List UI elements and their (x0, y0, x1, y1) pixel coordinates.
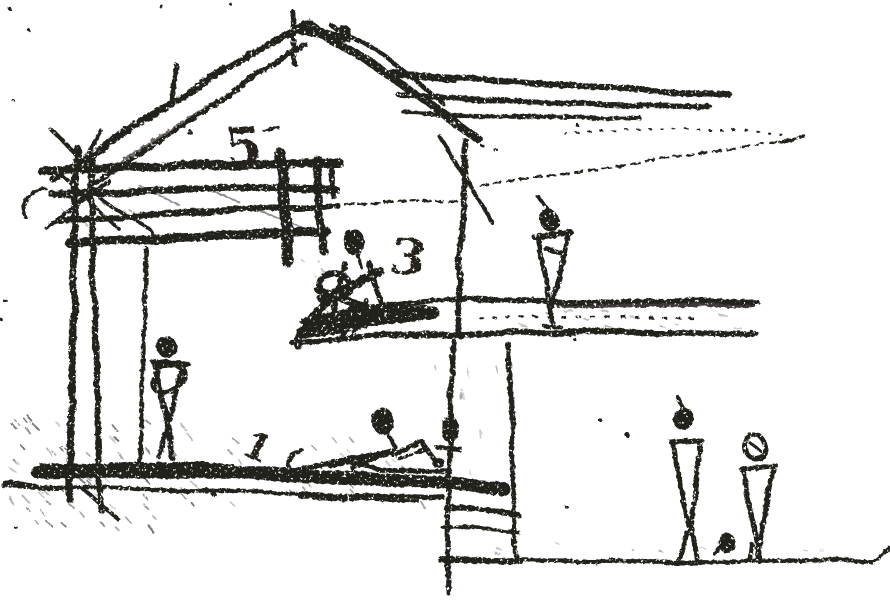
shoulders (532, 233, 569, 237)
paper-speckle (548, 313, 554, 314)
shoulders (671, 441, 703, 444)
paper-speckle (9, 468, 15, 473)
paper-speckle (469, 470, 470, 475)
paper-speckle (35, 521, 38, 525)
neck (389, 435, 394, 445)
paper-speckle (22, 496, 28, 502)
second-post (140, 248, 146, 468)
paper-speckle (15, 421, 19, 426)
paper-speckle (80, 476, 86, 483)
paper-speckle (153, 516, 156, 519)
body-left-edge (673, 447, 689, 532)
paper-speckle (12, 425, 16, 431)
paper-speckle (47, 449, 51, 455)
leg-b (750, 544, 752, 560)
head (440, 416, 458, 442)
beam-bracket-joint-b (316, 160, 322, 252)
canopy-lower-edge (479, 139, 798, 184)
beam-bracket-tick (330, 163, 333, 196)
paper-speckle (46, 521, 52, 527)
paper-speckle (124, 517, 130, 523)
paper-speckle (403, 465, 405, 468)
paper-speckle (555, 544, 557, 545)
paper-speckle (301, 260, 304, 262)
hair-flick (540, 197, 549, 211)
paper-speckle (46, 501, 50, 504)
lower-ground-thick-left (441, 558, 520, 562)
face-scribble (750, 442, 760, 450)
mezzanine-bottom-edge (294, 333, 756, 343)
paper-speckle (10, 498, 14, 504)
paper-speckle (340, 455, 343, 459)
paper-speckle (603, 311, 607, 312)
paper-speckle (44, 490, 49, 495)
paper-speckle (520, 325, 527, 327)
shoulder-stub (437, 447, 459, 449)
paper-speckle (628, 317, 631, 318)
paper-speckle (29, 417, 33, 421)
sketch-svg: 5 3 1 (0, 0, 890, 600)
reclining-figure-ground-floor (288, 408, 449, 472)
paper-speckle (80, 513, 83, 518)
lounge-edge-a (291, 463, 382, 472)
head (155, 335, 177, 359)
roof-right-slope-inner (331, 24, 443, 104)
paper-speckle (88, 480, 92, 484)
paper-speckle (720, 314, 727, 315)
paper-speckle (61, 448, 64, 451)
paper-speckle (657, 550, 660, 551)
paper-speckle (232, 438, 237, 443)
paper-speckle (34, 424, 39, 430)
paper-speckle (466, 370, 467, 378)
beam-bracket-joint-a (281, 152, 288, 262)
standing-figure-mezzanine (532, 197, 569, 327)
paper-speckle (497, 366, 499, 373)
paper-speckle (99, 522, 103, 525)
paper-speckle (39, 493, 43, 497)
mezzanine-dotted-midline (480, 317, 700, 319)
paper-speckle (30, 422, 33, 425)
neck (359, 256, 362, 267)
shoulders (741, 465, 775, 469)
paper-speckle (26, 507, 29, 510)
chest-scribble (544, 247, 560, 252)
dash-beside-5 (263, 126, 277, 129)
sketch-canvas: 5 3 1 (0, 0, 890, 600)
lower-ground-line (441, 548, 889, 562)
mezzanine-right-shade (560, 304, 752, 307)
body-left-edge (743, 471, 758, 546)
body-right-edge (553, 237, 567, 306)
ridge-mast (291, 12, 295, 64)
paper-speckle (332, 437, 335, 442)
paper-speckle (451, 460, 452, 466)
hat-flick (676, 397, 683, 411)
paper-speckle (321, 271, 323, 273)
paper-speckle (68, 504, 73, 508)
paper-speckle (84, 221, 88, 226)
paper-speckle (393, 458, 396, 461)
foot (433, 458, 445, 468)
canopy-upper-dotted-edge (565, 129, 790, 135)
paper-speckle (312, 446, 317, 450)
standing-figure-ground-floor (152, 335, 187, 466)
paper-speckle (62, 210, 64, 212)
canopy-tip (782, 136, 804, 143)
paper-speckle (114, 168, 117, 170)
paper-speckle (145, 495, 148, 499)
paper-speckle (146, 449, 149, 453)
label-roof-level: 5 (222, 112, 266, 180)
paper-speckle (191, 480, 197, 486)
standing-figure-lower-level (741, 434, 775, 563)
body-right-edge (759, 469, 773, 546)
paper-speckle (512, 361, 513, 368)
paper-speckle (26, 429, 30, 434)
leg-a (757, 546, 760, 563)
paper-speckle (461, 395, 462, 401)
lower-ground-end-tick (872, 548, 889, 562)
paper-speckle (149, 526, 154, 532)
floor-beam-1 (44, 164, 338, 172)
paper-speckle (190, 501, 194, 505)
wall-step-line-2 (444, 528, 520, 533)
roof-eaves-lines (389, 72, 804, 184)
paper-speckle (462, 392, 463, 399)
head (674, 409, 694, 431)
paper-speckle (40, 509, 44, 514)
paper-speckle (447, 429, 448, 436)
paper-speckle (351, 488, 353, 492)
post-top-brace-a (52, 130, 88, 168)
head (343, 229, 365, 255)
paper-speckle (675, 324, 678, 325)
paper-speckle (348, 437, 352, 442)
paper-speckle (144, 504, 148, 508)
paper-speckle (12, 459, 16, 463)
lounge-edge-b (380, 469, 449, 472)
paper-speckle (181, 492, 185, 498)
paper-speckle (180, 425, 186, 431)
walking-figure-lower-level (671, 397, 703, 558)
paper-speckle (547, 327, 550, 328)
leg-right (691, 530, 697, 558)
paper-speckle (106, 476, 111, 481)
eaves-line-1-emphasis (391, 72, 455, 80)
paper-speckle (701, 547, 705, 548)
label-mezzanine-level: 3 (388, 225, 429, 287)
roof-left-slope (54, 23, 309, 180)
paper-speckle (112, 426, 117, 433)
paper-speckle (313, 275, 315, 277)
paper-speckle (94, 494, 97, 497)
left-post-front (70, 148, 76, 500)
paper-speckle (804, 551, 808, 552)
paper-speckle (114, 526, 118, 529)
paper-speckle (307, 481, 310, 485)
paper-speckle (316, 262, 317, 263)
paper-speckle (110, 505, 115, 510)
paper-speckle (61, 523, 66, 527)
paper-speckle (87, 452, 91, 456)
paper-speckle (718, 543, 721, 544)
leg-left (678, 532, 686, 557)
lower-wall-right-edge (509, 345, 516, 558)
wall-step-line (447, 509, 519, 515)
paper-speckle (227, 449, 231, 453)
eaves-line-3 (404, 112, 641, 118)
paper-speckle (146, 421, 149, 424)
body-right-edge (690, 444, 701, 532)
paper-speckle (303, 486, 305, 489)
paper-speckle (52, 451, 56, 455)
paper-speckle (188, 435, 193, 441)
paper-speckle (659, 326, 663, 327)
paper-speckle (453, 421, 454, 427)
paper-speckle (119, 454, 123, 459)
paper-speckle (147, 477, 152, 483)
paper-speckle (496, 548, 500, 549)
paper-speckle (346, 450, 349, 453)
paper-speckle (129, 209, 134, 213)
paper-speckle (19, 444, 24, 450)
head (373, 408, 395, 434)
beam-extension-dashed (345, 199, 462, 204)
head (539, 210, 559, 232)
paper-speckle (231, 503, 235, 508)
paper-speckle (421, 503, 425, 509)
paper-speckle (435, 365, 436, 371)
paper-speckle (57, 422, 60, 426)
tail-stroke (715, 546, 721, 553)
paper-speckle (494, 553, 499, 554)
paper-speckle (387, 460, 391, 464)
paper-speckle (449, 392, 450, 400)
paper-speckle (605, 328, 612, 329)
paper-speckle (24, 419, 27, 423)
beam-left-curl (23, 190, 46, 218)
roof-left-scratch (120, 102, 212, 162)
